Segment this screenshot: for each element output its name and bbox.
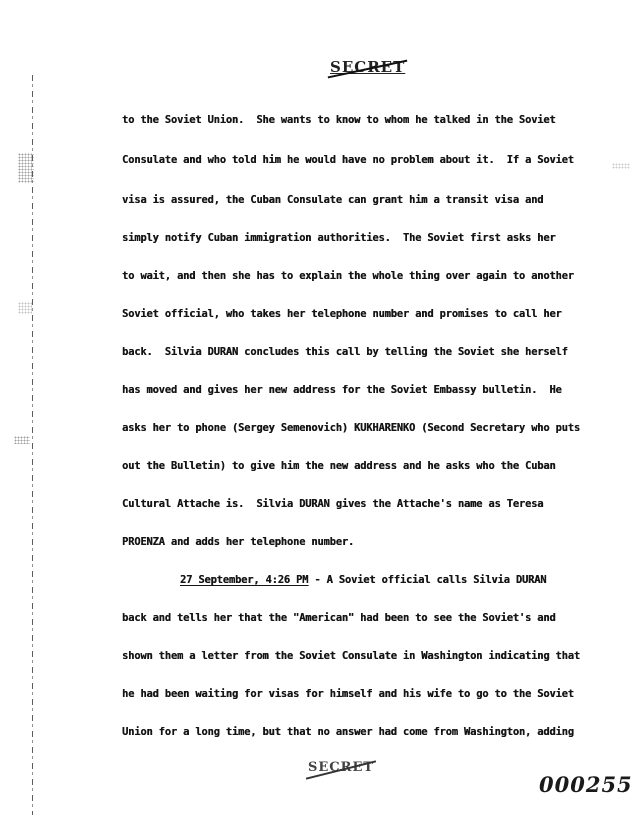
- scan-speckle-mark: [18, 302, 32, 314]
- entry-first-line-text: - A Soviet official calls Silvia DURAN: [308, 574, 546, 586]
- scan-left-edge-line: [32, 75, 33, 815]
- scan-speckle-mark: [14, 436, 30, 444]
- body-line: Soviet official, who takes her telephone…: [122, 308, 562, 320]
- body-line: back. Silvia DURAN concludes this call b…: [122, 346, 568, 358]
- body-line: Consulate and who told him he would have…: [122, 154, 574, 166]
- body-line: PROENZA and adds her telephone number.: [122, 536, 354, 548]
- classification-stamp-bottom: SECRET: [308, 760, 374, 775]
- body-line: to wait, and then she has to explain the…: [122, 270, 574, 282]
- document-page: SECRET to the Soviet Union. She wants to…: [0, 0, 638, 824]
- entry-first-line: 27 September, 4:26 PM - A Soviet officia…: [180, 574, 546, 586]
- document-number: 000255: [539, 772, 633, 797]
- body-line: Cultural Attache is. Silvia DURAN gives …: [122, 498, 543, 510]
- body-line: back and tells her that the "American" h…: [122, 612, 556, 624]
- body-line: shown them a letter from the Soviet Cons…: [122, 650, 580, 662]
- body-line: simply notify Cuban immigration authorit…: [122, 232, 556, 244]
- entry-date-heading: 27 September, 4:26 PM: [180, 574, 308, 586]
- scan-speckle-mark: [18, 153, 34, 183]
- classification-stamp-top: SECRET: [330, 58, 405, 76]
- body-line: he had been waiting for visas for himsel…: [122, 688, 574, 700]
- body-line: visa is assured, the Cuban Consulate can…: [122, 194, 543, 206]
- body-line: Union for a long time, but that no answe…: [122, 726, 574, 738]
- body-line: to the Soviet Union. She wants to know t…: [122, 114, 556, 126]
- body-line: out the Bulletin) to give him the new ad…: [122, 460, 556, 472]
- body-line: asks her to phone (Sergey Semenovich) KU…: [122, 422, 580, 434]
- body-line: has moved and gives her new address for …: [122, 384, 562, 396]
- scan-speckle-mark: [612, 163, 630, 169]
